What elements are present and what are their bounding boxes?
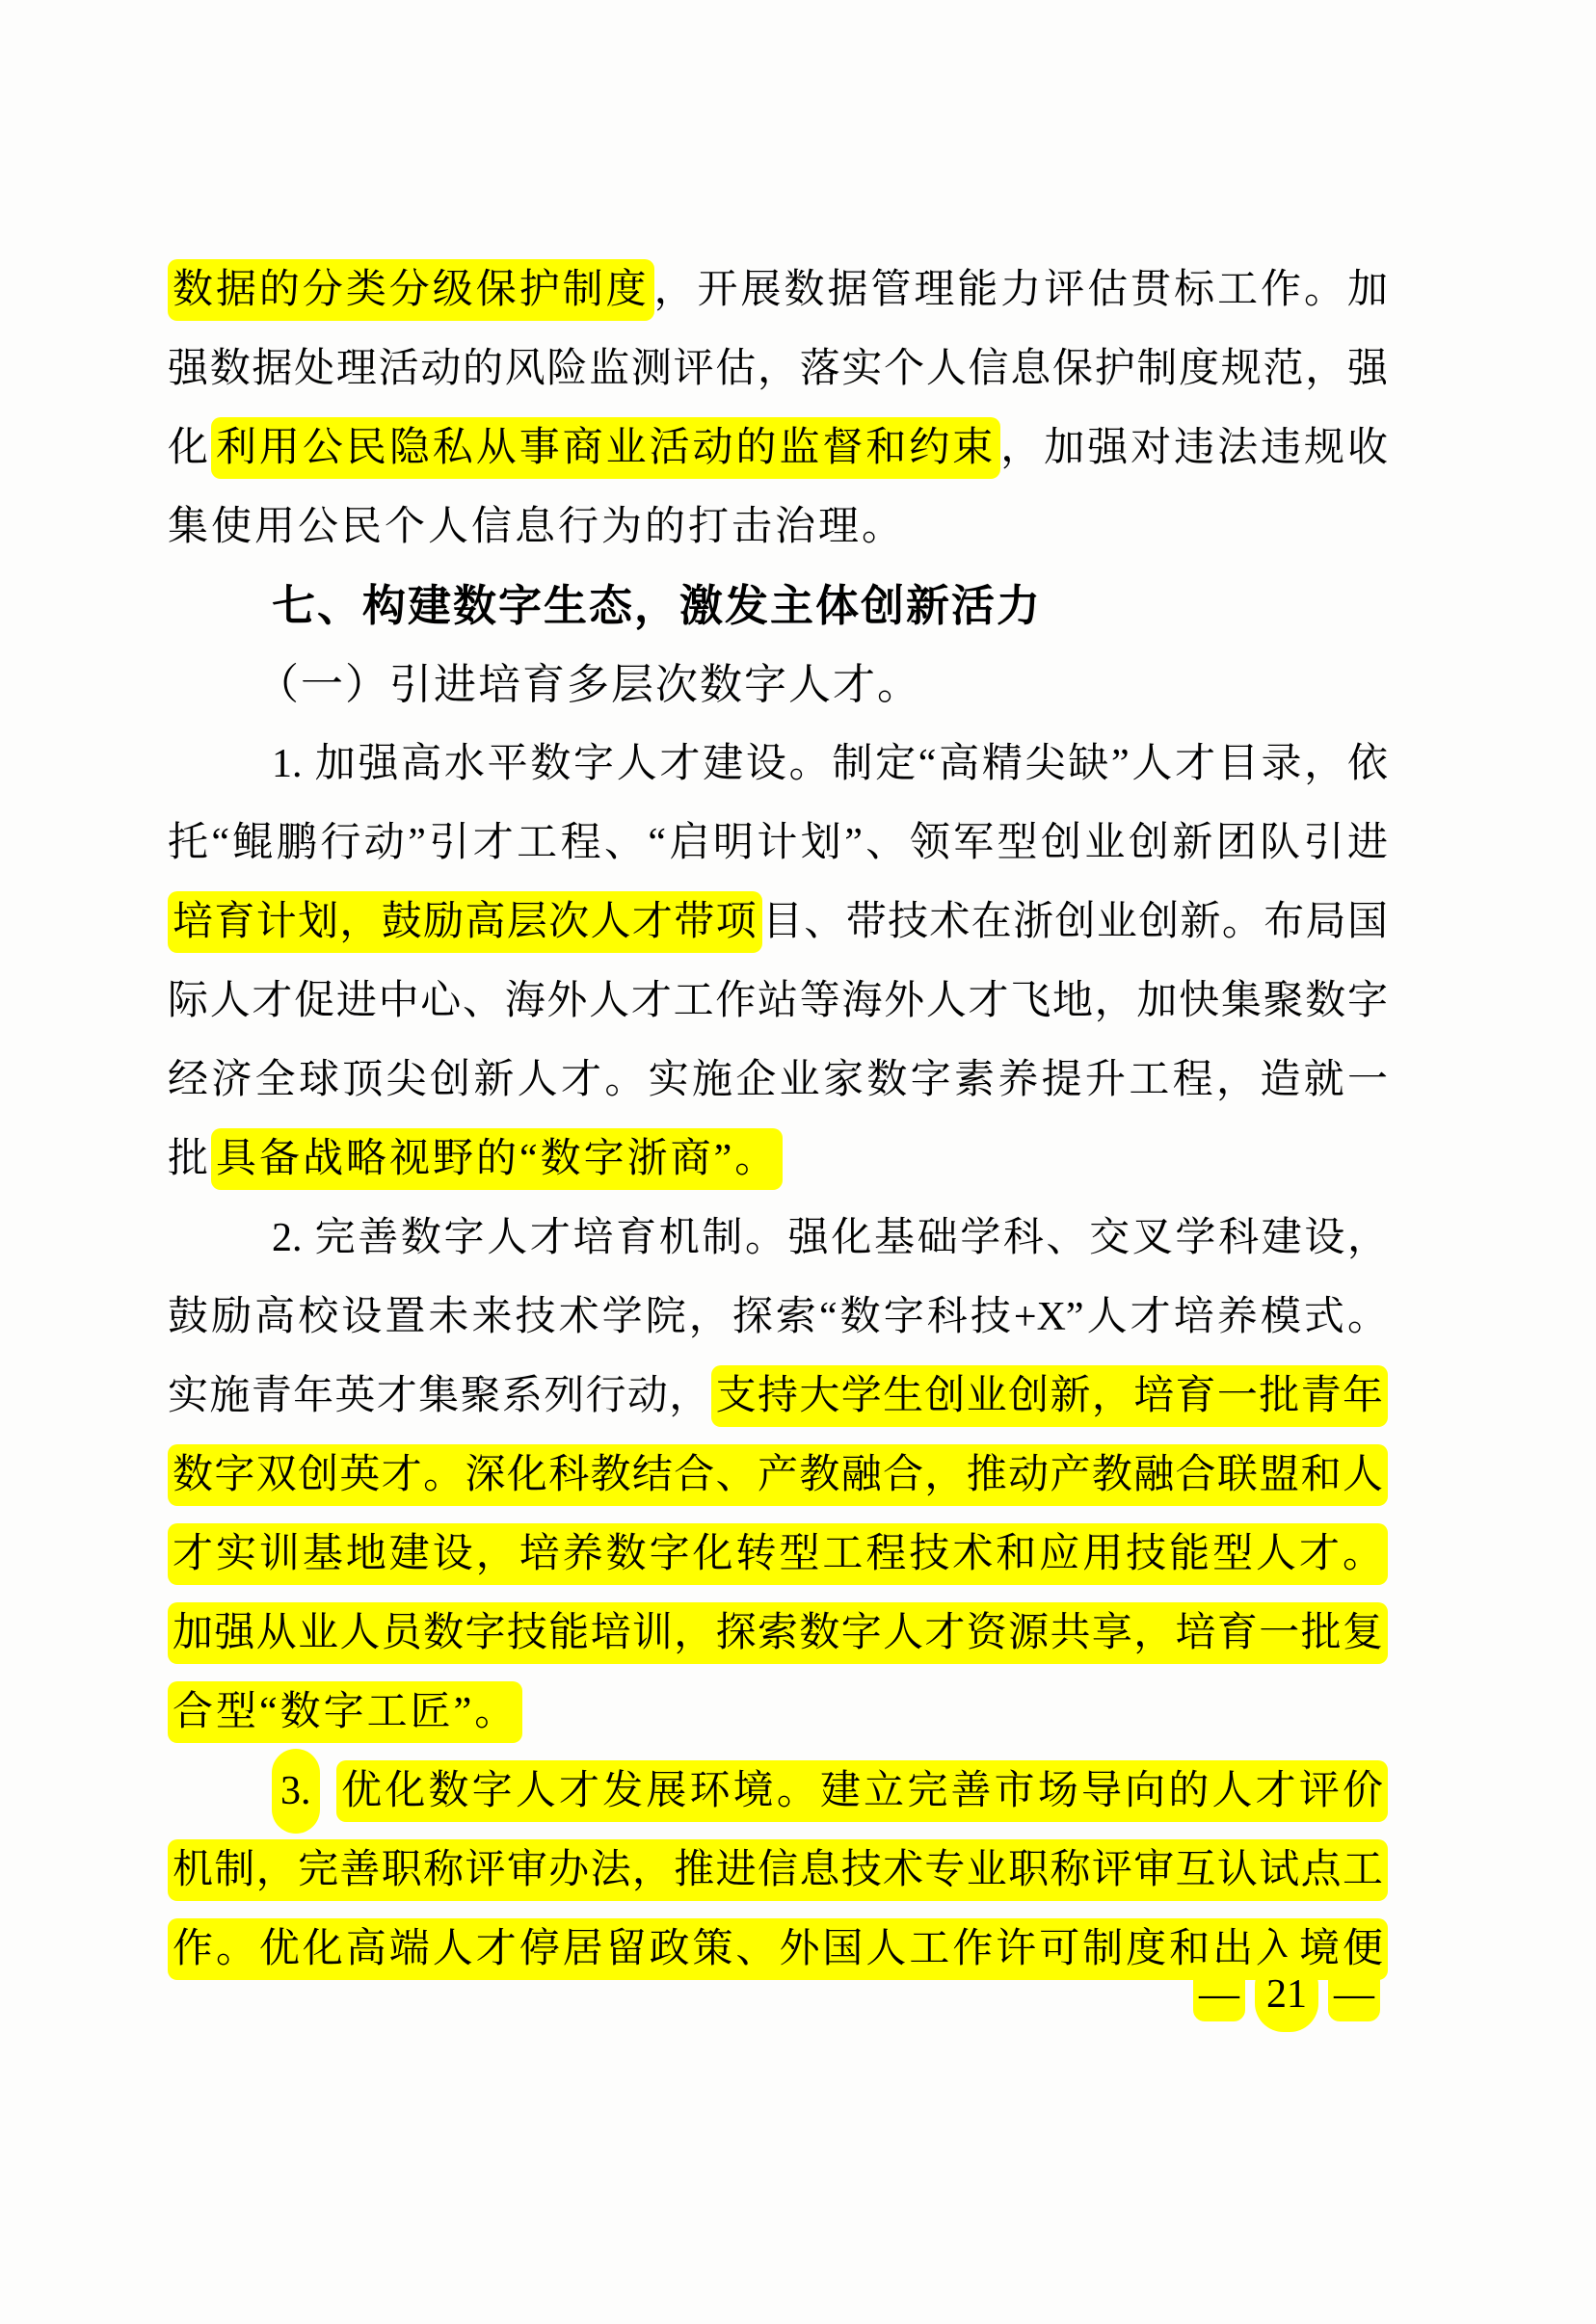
text-segment: 集使用公民个人信息行为的打击治理。 xyxy=(168,505,905,549)
highlighted-segment: 才实训基地建设，培养数字化转型工程技术和应用技能型人才。 xyxy=(168,1523,1388,1585)
text-segment xyxy=(324,1769,337,1813)
text-line-18: 加强从业人员数字技能培训，探索数字人才资源共享，培育一批复 xyxy=(168,1594,1388,1673)
highlighted-segment: 具备战略视野的“数字浙商”。 xyxy=(211,1128,783,1190)
text-segment: ，加强对违法违规收 xyxy=(1000,426,1388,470)
highlighted-segment: 加强从业人员数字技能培训，探索数字人才资源共享，培育一批复 xyxy=(168,1602,1388,1664)
text-line-9: 培育计划，鼓励高层次人才带项目、带技术在浙创业创新。布局国 xyxy=(168,883,1388,962)
text-segment: （一）引进培育多层次数字人才。 xyxy=(256,661,921,708)
text-line-15: 实施青年英才集聚系列行动，支持大学生创业创新，培育一批青年 xyxy=(168,1357,1388,1436)
text-line-19: 合型“数字工匠”。 xyxy=(168,1673,1388,1752)
highlighted-segment: 利用公民隐私从事商业活动的监督和约束 xyxy=(211,417,1000,479)
text-line-14: 鼓励高校设置未来技术学院，探索“数字科技+X”人才培养模式。 xyxy=(168,1278,1388,1357)
text-segment: ，开展数据管理能力评估贯标工作。加 xyxy=(654,268,1388,312)
text-line-6: （一）引进培育多层次数字人才。 xyxy=(168,646,1388,725)
text-line-16: 数字双创英才。深化科教结合、产教融合，推动产教融合联盟和人 xyxy=(168,1436,1388,1515)
text-line-10: 际人才促进中心、海外人才工作站等海外人才飞地，加快集聚数字 xyxy=(168,962,1388,1041)
text-line-1: 数据的分类分级保护制度，开展数据管理能力评估贯标工作。加 xyxy=(168,251,1388,330)
text-segment: 鼓励高校设置未来技术学院，探索“数字科技+X”人才培养模式。 xyxy=(168,1295,1388,1339)
text-line-11: 经济全球顶尖创新人才。实施企业家数字素养提升工程，造就一 xyxy=(168,1041,1388,1120)
highlighted-segment: 优化数字人才发展环境。建立完善市场导向的人才评价 xyxy=(336,1760,1388,1822)
text-line-4: 集使用公民个人信息行为的打击治理。 xyxy=(168,488,1388,567)
highlighted-segment: 合型“数字工匠”。 xyxy=(168,1681,522,1743)
text-segment: 托“鲲鹏行动”引才工程、“启明计划”、领军型创业创新团队引进 xyxy=(168,821,1388,865)
highlighted-segment: 数据的分类分级保护制度 xyxy=(168,259,654,321)
text-segment: 实施青年英才集聚系列行动， xyxy=(168,1374,711,1418)
page-number: 21 xyxy=(1255,1957,1318,2032)
page-number-footer: —21— xyxy=(1193,1964,1380,2025)
text-line-2: 强数据处理活动的风险监测评估，落实个人信息保护制度规范，强 xyxy=(168,330,1388,409)
text-segment: 化 xyxy=(168,426,211,470)
text-line-7: 1. 加强高水平数字人才建设。制定“高精尖缺”人才目录，依 xyxy=(168,725,1388,804)
text-segment: 七、构建数字生态，激发主体创新活力 xyxy=(272,581,1042,630)
text-segment: 2. 完善数字人才培育机制。强化基础学科、交叉学科建设， xyxy=(272,1216,1388,1260)
highlighted-segment: 3. xyxy=(272,1749,320,1834)
document-content: 数据的分类分级保护制度，开展数据管理能力评估贯标工作。加强数据处理活动的风险监测… xyxy=(168,251,1388,1989)
footer-right-dash: — xyxy=(1328,1967,1380,2021)
text-segment: 1. 加强高水平数字人才建设。制定“高精尖缺”人才目录，依 xyxy=(272,742,1388,786)
text-line-17: 才实训基地建设，培养数字化转型工程技术和应用技能型人才。 xyxy=(168,1515,1388,1594)
text-line-8: 托“鲲鹏行动”引才工程、“启明计划”、领军型创业创新团队引进 xyxy=(168,804,1388,883)
text-line-13: 2. 完善数字人才培育机制。强化基础学科、交叉学科建设， xyxy=(168,1199,1388,1278)
text-line-12: 批具备战略视野的“数字浙商”。 xyxy=(168,1120,1388,1199)
text-segment: 强数据处理活动的风险监测评估，落实个人信息保护制度规范，强 xyxy=(168,347,1388,391)
text-segment: 际人才促进中心、海外人才工作站等海外人才飞地，加快集聚数字 xyxy=(168,979,1388,1023)
highlighted-segment: 支持大学生创业创新，培育一批青年 xyxy=(711,1365,1388,1427)
text-line-5: 七、构建数字生态，激发主体创新活力 xyxy=(168,567,1388,646)
highlighted-segment: 数字双创英才。深化科教结合、产教融合，推动产教融合联盟和人 xyxy=(168,1444,1388,1506)
document-page: 数据的分类分级保护制度，开展数据管理能力评估贯标工作。加强数据处理活动的风险监测… xyxy=(0,0,1596,2324)
footer-left-dash: — xyxy=(1193,1967,1245,2021)
highlighted-segment: 机制，完善职称评审办法，推进信息技术专业职称评审互认试点工 xyxy=(168,1839,1388,1901)
text-segment: 经济全球顶尖创新人才。实施企业家数字素养提升工程，造就一 xyxy=(168,1058,1388,1102)
text-segment: 批 xyxy=(168,1137,211,1181)
text-line-20: 3. 优化数字人才发展环境。建立完善市场导向的人才评价 xyxy=(168,1752,1388,1831)
highlighted-segment: 培育计划，鼓励高层次人才带项 xyxy=(168,891,762,953)
text-line-21: 机制，完善职称评审办法，推进信息技术专业职称评审互认试点工 xyxy=(168,1831,1388,1910)
text-segment: 目、带技术在浙创业创新。布局国 xyxy=(762,900,1388,944)
text-line-3: 化利用公民隐私从事商业活动的监督和约束，加强对违法违规收 xyxy=(168,409,1388,488)
